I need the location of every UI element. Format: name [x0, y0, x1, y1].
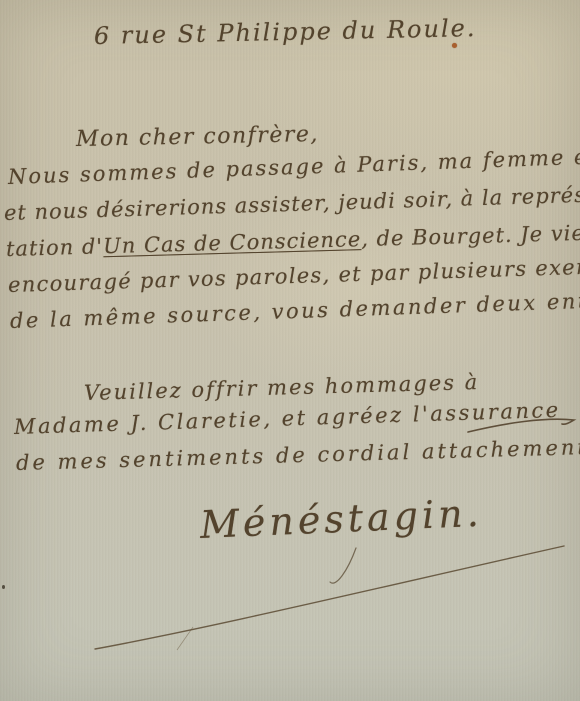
ink-spot — [452, 43, 457, 48]
salutation-line: Mon cher confrère, — [76, 122, 319, 152]
hairline-scratch — [177, 627, 193, 650]
closing-line-1: Veuillez offrir mes hommages à — [84, 370, 480, 405]
ink-flourishes — [0, 0, 580, 701]
signature-paraph — [95, 546, 564, 649]
paper-speck — [2, 585, 5, 589]
body-line-2: et nous désirerions assister, jeudi soir… — [4, 182, 580, 225]
body-line-4: encouragé par vos paroles, et par plusie… — [8, 253, 580, 297]
body-line-3-prefix: tation d' — [6, 234, 104, 261]
letter-page: 6 rue St Philippe du Roule. Mon cher con… — [0, 0, 580, 701]
address-line: 6 rue St Philippe du Roule. — [94, 14, 477, 50]
play-title: Un Cas de Conscience — [103, 227, 362, 258]
body-line-3: tation d'Un Cas de Conscience, de Bourge… — [6, 220, 580, 261]
closing-line-3: de mes sentiments de cordial attachement — [16, 435, 580, 475]
signature-descender — [330, 548, 356, 583]
signature: Ménéstagin. — [199, 491, 483, 547]
body-line-3-suffix: , de Bourget. Je viens, — [361, 220, 580, 251]
